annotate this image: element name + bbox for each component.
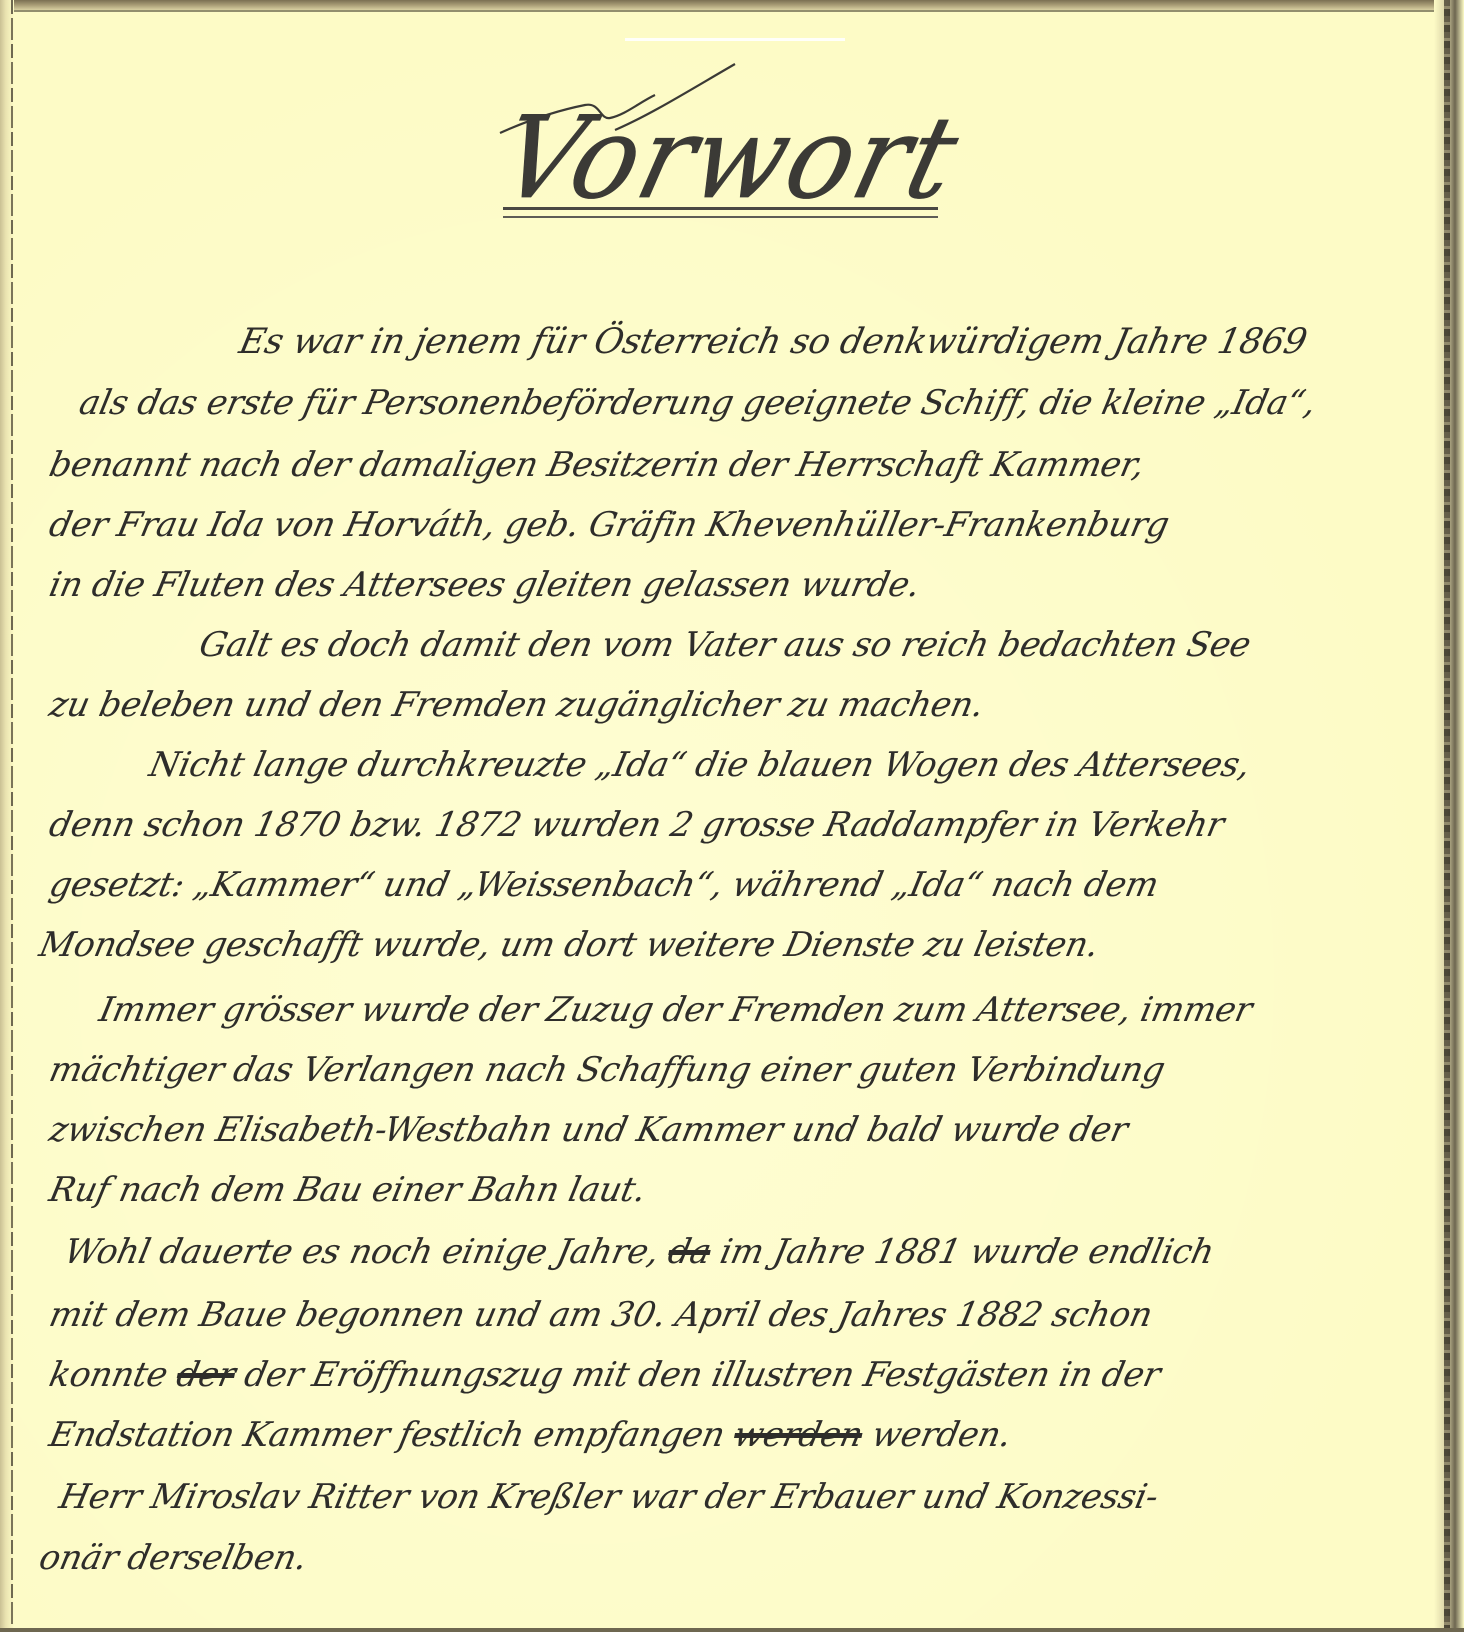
text-segment: Endstation Kammer festlich empfangen	[46, 1415, 729, 1455]
text-line: zu beleben und den Fremden zugänglicher …	[46, 685, 988, 725]
struck-word: der	[173, 1355, 239, 1395]
text-line: Ruf nach dem Bau einer Bahn laut.	[46, 1170, 650, 1210]
text-line: konnte der der Eröffnungszug mit den ill…	[46, 1355, 1164, 1395]
page-edge-left	[0, 0, 14, 1632]
text-segment: Wohl dauerte es noch einige Jahre,	[61, 1232, 663, 1272]
text-segment: werden.	[868, 1415, 1014, 1455]
text-line: Mondsee geschafft wurde, um dort weitere…	[36, 925, 1102, 965]
struck-word: werden	[730, 1415, 866, 1455]
text-line: Herr Miroslav Ritter von Kreßler war der…	[56, 1477, 1162, 1517]
page-edge-bottom	[0, 1628, 1464, 1632]
text-line: Nicht lange durchkreuzte „Ida“ die blaue…	[146, 745, 1254, 785]
page-edge-top	[0, 0, 1464, 10]
text-segment: konnte	[46, 1355, 171, 1395]
text-line: Es war in jenem für Österreich so denkwü…	[236, 322, 1311, 362]
text-line: denn schon 1870 bzw. 1872 wurden 2 gross…	[46, 805, 1228, 845]
struck-word: da	[665, 1232, 715, 1272]
text-line: der Frau Ida von Horváth, geb. Gräfin Kh…	[46, 505, 1173, 545]
text-line: benannt nach der damaligen Besitzerin de…	[46, 445, 1148, 485]
text-line: Immer grösser wurde der Zuzug der Fremde…	[96, 990, 1256, 1030]
text-line: mächtiger das Verlangen nach Schaffung e…	[46, 1050, 1169, 1090]
text-line: in die Fluten des Attersees gleiten gela…	[46, 565, 924, 605]
text-line: zwischen Elisabeth-Westbahn und Kammer u…	[46, 1110, 1132, 1150]
title-underline	[503, 207, 938, 218]
page-edge-right	[1434, 0, 1464, 1632]
text-line: mit dem Baue begonnen und am 30. April d…	[46, 1295, 1156, 1335]
text-line: onär derselben.	[36, 1538, 311, 1578]
text-line: Wohl dauerte es noch einige Jahre, da im…	[61, 1232, 1218, 1272]
text-line: als das erste für Personenbeförderung ge…	[76, 383, 1320, 423]
scan-artifact	[625, 38, 845, 41]
text-segment: im Jahre 1881 wurde endlich	[717, 1232, 1218, 1272]
text-segment: der Eröffnungszug mit den illustren Fest…	[241, 1355, 1164, 1395]
manuscript-page: Vorwort Es war in jenem für Österreich s…	[0, 0, 1464, 1632]
text-line: Galt es doch damit den vom Vater aus so …	[196, 625, 1254, 665]
title-block: Vorwort	[450, 60, 1010, 220]
text-line: Endstation Kammer festlich empfangen wer…	[46, 1415, 1015, 1455]
page-title: Vorwort	[490, 103, 970, 216]
text-line: gesetzt: „Kammer“ und „Weissenbach“, wäh…	[46, 865, 1162, 905]
